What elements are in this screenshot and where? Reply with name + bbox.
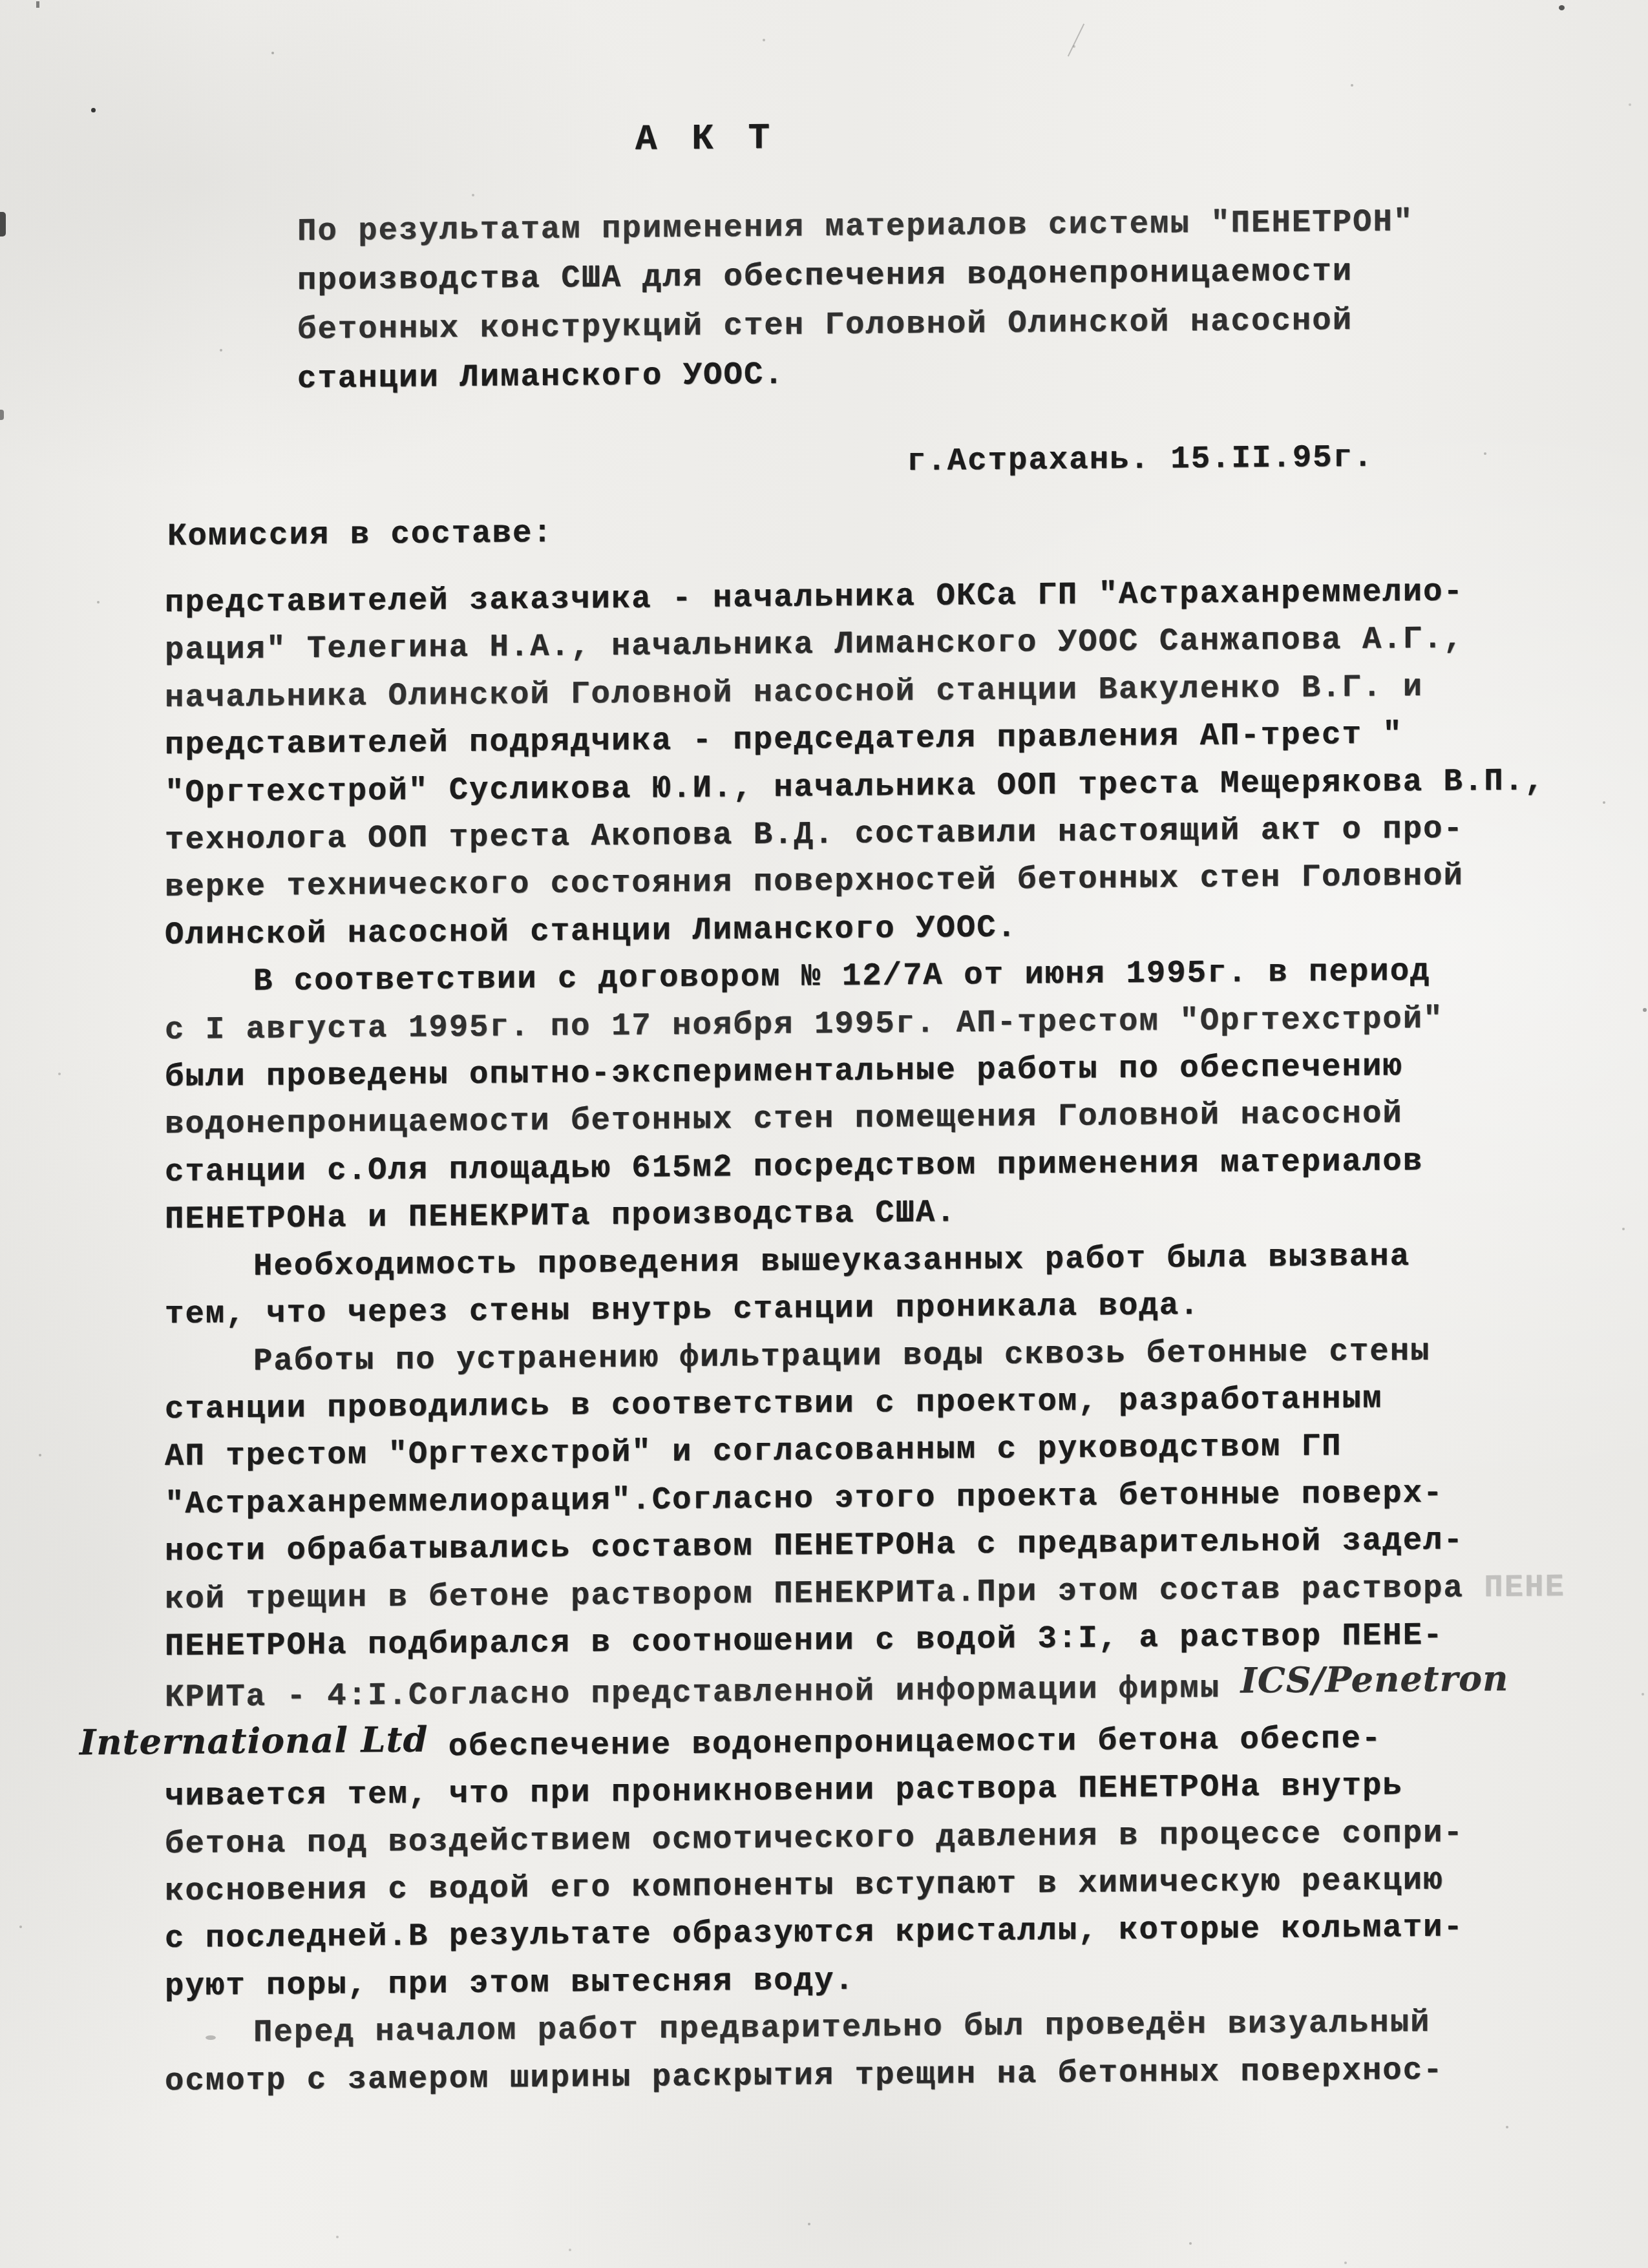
scan-noise-dots xyxy=(271,52,274,54)
typewritten-text: станции с.Оля площадью 615м2 посредством… xyxy=(165,1143,1423,1190)
scan-speck xyxy=(0,410,4,420)
typewritten-text: руют поры, при этом вытесняя воду. xyxy=(165,1962,855,2004)
typewritten-text: представителей заказчика - начальника ОК… xyxy=(165,573,1464,621)
typewritten-text: верке технического состояния поверхносте… xyxy=(165,858,1464,906)
scanned-page: А К Т По результатам применения материал… xyxy=(0,0,1648,2268)
dateline: г.Астрахань. 15.II.95г. xyxy=(907,439,1373,479)
body-text: представителей заказчика - начальника ОК… xyxy=(165,567,1565,2105)
scan-speck xyxy=(1643,1008,1647,1012)
typewritten-text: представителей подрядчика - председателя… xyxy=(165,717,1403,764)
typewritten-text: осмотр с замером ширины раскрытия трещин… xyxy=(165,2052,1444,2099)
typewritten-text: были проведены опытно-экспериментальные … xyxy=(165,1048,1403,1095)
typewritten-text: тем, что через стены внутрь станции прон… xyxy=(165,1287,1200,1332)
commission-heading: Комиссия в составе: xyxy=(167,515,553,554)
typewritten-text: с последней.В результате образуются крис… xyxy=(165,1909,1464,1957)
typewritten-text: кой трещин в бетоне раствором ПЕНЕКРИТа.… xyxy=(165,1570,1464,1617)
typewritten-text: обеспечение водонепроницаемости бетона о… xyxy=(428,1720,1382,1765)
scan-speck xyxy=(91,108,96,112)
typewritten-text: ПЕНЕТРОНа и ПЕНЕКРИТа производства США. xyxy=(165,1195,956,1238)
typewritten-text: Перед началом работ предварительно был п… xyxy=(253,2004,1430,2051)
handwritten-text: ICS/Penetron xyxy=(1240,1657,1508,1701)
handwritten-text: International Ltd xyxy=(79,1718,428,1763)
typewritten-text: Работы по устранению фильтрации воды скв… xyxy=(253,1332,1430,1379)
typewritten-text: "Астраханреммелиорация".Согласно этого п… xyxy=(165,1475,1444,1522)
typewritten-text: водонепроницаемости бетонных стен помеще… xyxy=(165,1096,1403,1143)
typewritten-text: начальника Олинской Головной насосной ст… xyxy=(165,669,1423,716)
typewritten-text: Олинской насосной станции Лиманского УОО… xyxy=(165,909,1017,953)
typewritten-text: КРИТа - 4:I.Согласно представленной инфо… xyxy=(165,1670,1240,1716)
intro-line: бетонных конструкций стен Головной Олинс… xyxy=(297,295,1413,354)
typewritten-text: ПЕНЕТРОНа подбирался в соотношении с вод… xyxy=(165,1617,1444,1664)
typewritten-text: рация" Телегина Н.А., начальника Лиманск… xyxy=(165,621,1464,669)
ghost-text: ПЕНЕ xyxy=(1464,1569,1565,1606)
intro-paragraph: По результатам применения материалов сис… xyxy=(297,197,1413,403)
typewritten-text: АП трестом "Оргтехстрой" и согласованным… xyxy=(165,1428,1342,1475)
scan-speck xyxy=(1559,5,1565,10)
typewritten-text: станции проводились в соответствии с про… xyxy=(165,1380,1382,1427)
typewritten-text: с I августа 1995г. по 17 ноября 1995г. А… xyxy=(165,1000,1444,1047)
scan-speck xyxy=(36,1,39,8)
typewritten-text: Необходимость проведения вышеуказанных р… xyxy=(253,1238,1410,1285)
page-title: А К Т xyxy=(635,118,776,160)
scan-speck xyxy=(0,212,6,236)
typewritten-text: ности обрабатывались составом ПЕНЕТРОНа … xyxy=(165,1522,1464,1570)
scan-speck xyxy=(1068,23,1084,56)
intro-line: станции Лиманского УООС. xyxy=(297,344,1413,403)
typewritten-text: технолога ООП треста Акопова В.Д. состав… xyxy=(165,810,1464,858)
typewritten-text: бетона под воздействием осмотического да… xyxy=(165,1814,1464,1862)
typewritten-text: В соответствии с договором № 12/7А от ию… xyxy=(253,953,1430,1000)
typewritten-text: "Оргтехстрой" Сусликова Ю.И., начальника… xyxy=(165,762,1545,811)
typewritten-text: косновения с водой его компоненты вступа… xyxy=(165,1862,1444,1909)
document-text: А К Т По результатам применения материал… xyxy=(165,110,1625,2126)
typewritten-text: чивается тем, что при проникновении раст… xyxy=(165,1767,1403,1814)
